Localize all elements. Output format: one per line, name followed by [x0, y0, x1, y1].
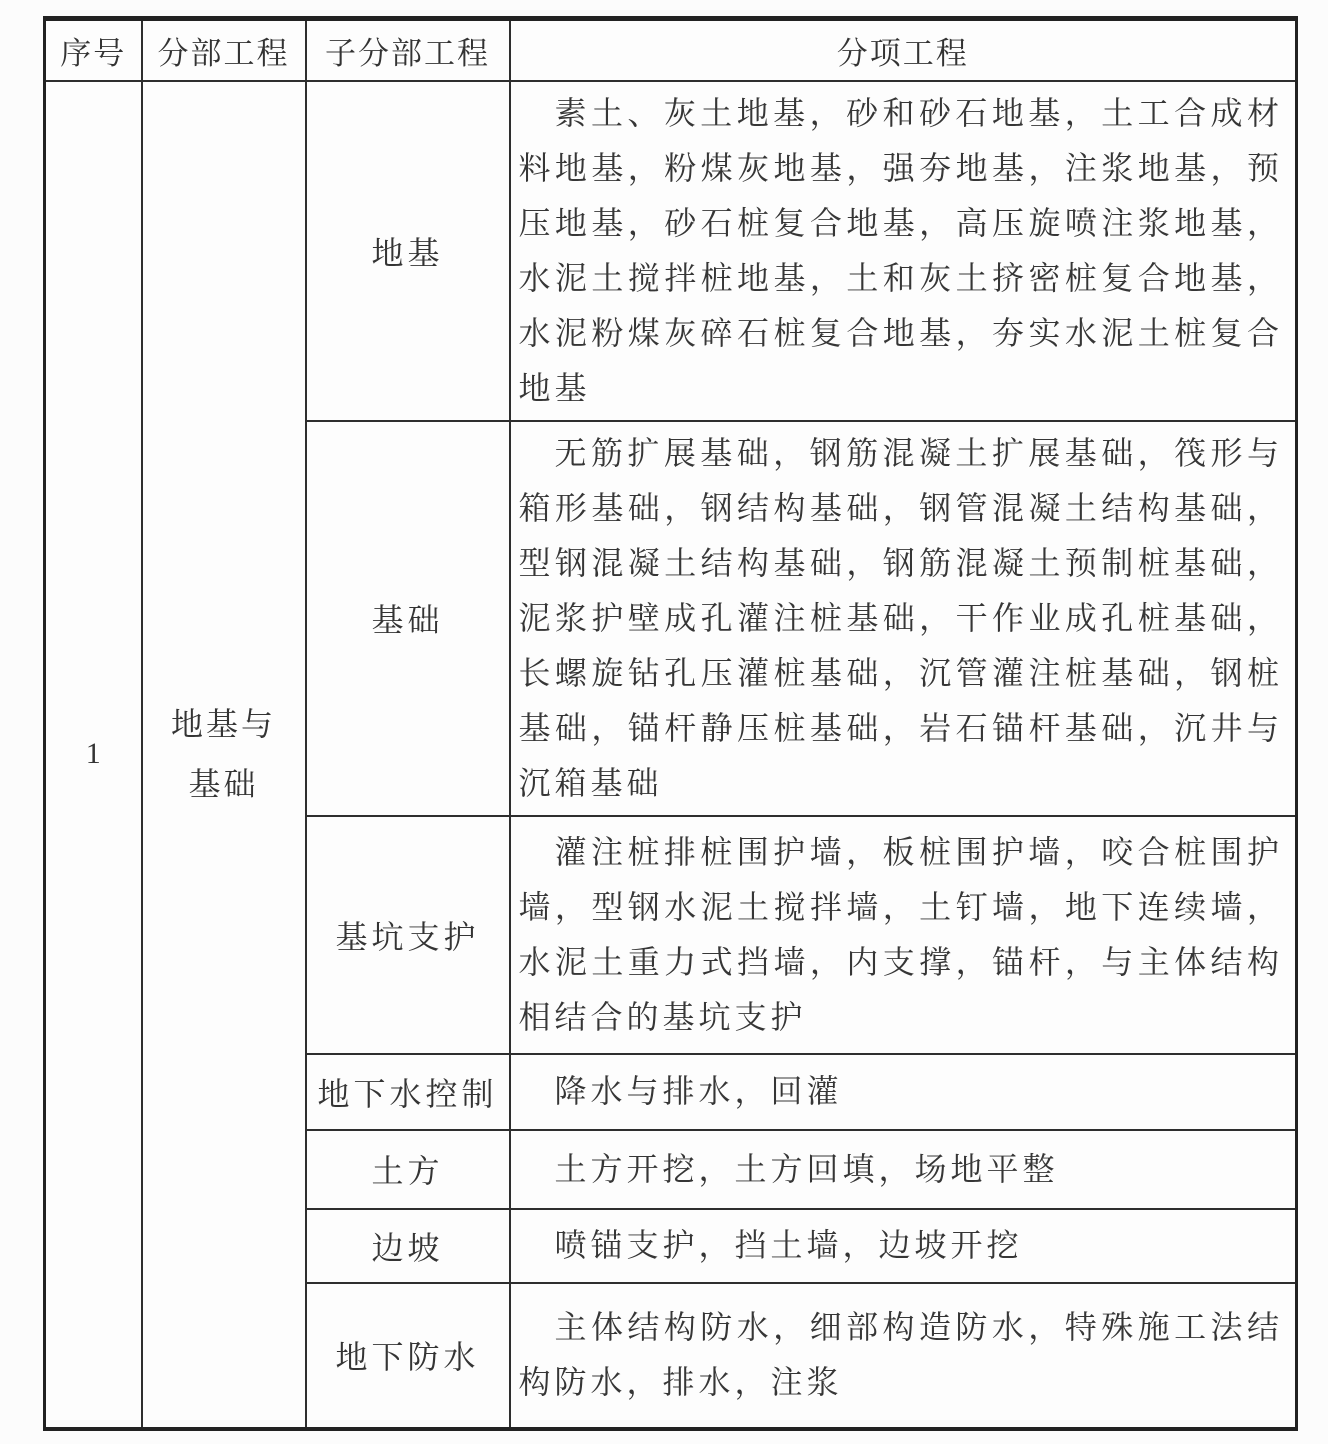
items-text: 降水与排水，回灌 — [519, 1064, 1284, 1119]
division-cell: 地基与基础 — [142, 81, 306, 1429]
subdivision-cell: 基础 — [306, 421, 510, 816]
col-header-item-works: 分项工程 — [510, 19, 1297, 81]
subdivision-cell: 地下水控制 — [306, 1054, 510, 1130]
items-cell: 土方开挖，土方回填，场地平整 — [510, 1130, 1297, 1209]
subdivision-cell: 土方 — [306, 1130, 510, 1209]
items-text: 喷锚支护，挡土墙，边坡开挖 — [519, 1218, 1284, 1273]
header-row: 序号 分部工程 子分部工程 分项工程 — [45, 19, 1297, 81]
items-text: 无筋扩展基础，钢筋混凝土扩展基础，筏形与箱形基础，钢结构基础，钢管混凝土结构基础… — [519, 426, 1284, 811]
items-cell: 主体结构防水，细部构造防水，特殊施工法结构防水，排水，注浆 — [510, 1283, 1297, 1429]
col-header-subdivision: 子分部工程 — [306, 19, 510, 81]
subdivision-cell: 基坑支护 — [306, 816, 510, 1054]
row-ground-base: 1 地基与基础 地基 素土、灰土地基，砂和砂石地基，土工合成材料地基，粉煤灰地基… — [45, 81, 1297, 421]
subdivision-cell: 边坡 — [306, 1209, 510, 1283]
serial-cell: 1 — [45, 81, 142, 1429]
items-cell: 素土、灰土地基，砂和砂石地基，土工合成材料地基，粉煤灰地基，强夯地基，注浆地基，… — [510, 81, 1297, 421]
items-cell: 降水与排水，回灌 — [510, 1054, 1297, 1130]
items-text: 土方开挖，土方回填，场地平整 — [519, 1142, 1284, 1197]
col-header-division: 分部工程 — [142, 19, 306, 81]
items-cell: 喷锚支护，挡土墙，边坡开挖 — [510, 1209, 1297, 1283]
division-label: 地基与基础 — [167, 694, 281, 814]
subdivision-cell: 地基 — [306, 81, 510, 421]
division-works-table: 序号 分部工程 子分部工程 分项工程 1 地基与基础 地基 素土、灰土地基，砂和… — [43, 16, 1298, 1431]
scanned-page: 序号 分部工程 子分部工程 分项工程 1 地基与基础 地基 素土、灰土地基，砂和… — [0, 0, 1328, 1444]
subdivision-cell: 地下防水 — [306, 1283, 510, 1429]
items-cell: 无筋扩展基础，钢筋混凝土扩展基础，筏形与箱形基础，钢结构基础，钢管混凝土结构基础… — [510, 421, 1297, 816]
items-text: 灌注桩排桩围护墙，板桩围护墙，咬合桩围护墙，型钢水泥土搅拌墙，土钉墙，地下连续墙… — [519, 825, 1284, 1045]
items-text: 主体结构防水，细部构造防水，特殊施工法结构防水，排水，注浆 — [519, 1300, 1284, 1410]
col-header-serial: 序号 — [45, 19, 142, 81]
items-cell: 灌注桩排桩围护墙，板桩围护墙，咬合桩围护墙，型钢水泥土搅拌墙，土钉墙，地下连续墙… — [510, 816, 1297, 1054]
items-text: 素土、灰土地基，砂和砂石地基，土工合成材料地基，粉煤灰地基，强夯地基，注浆地基，… — [519, 86, 1284, 416]
